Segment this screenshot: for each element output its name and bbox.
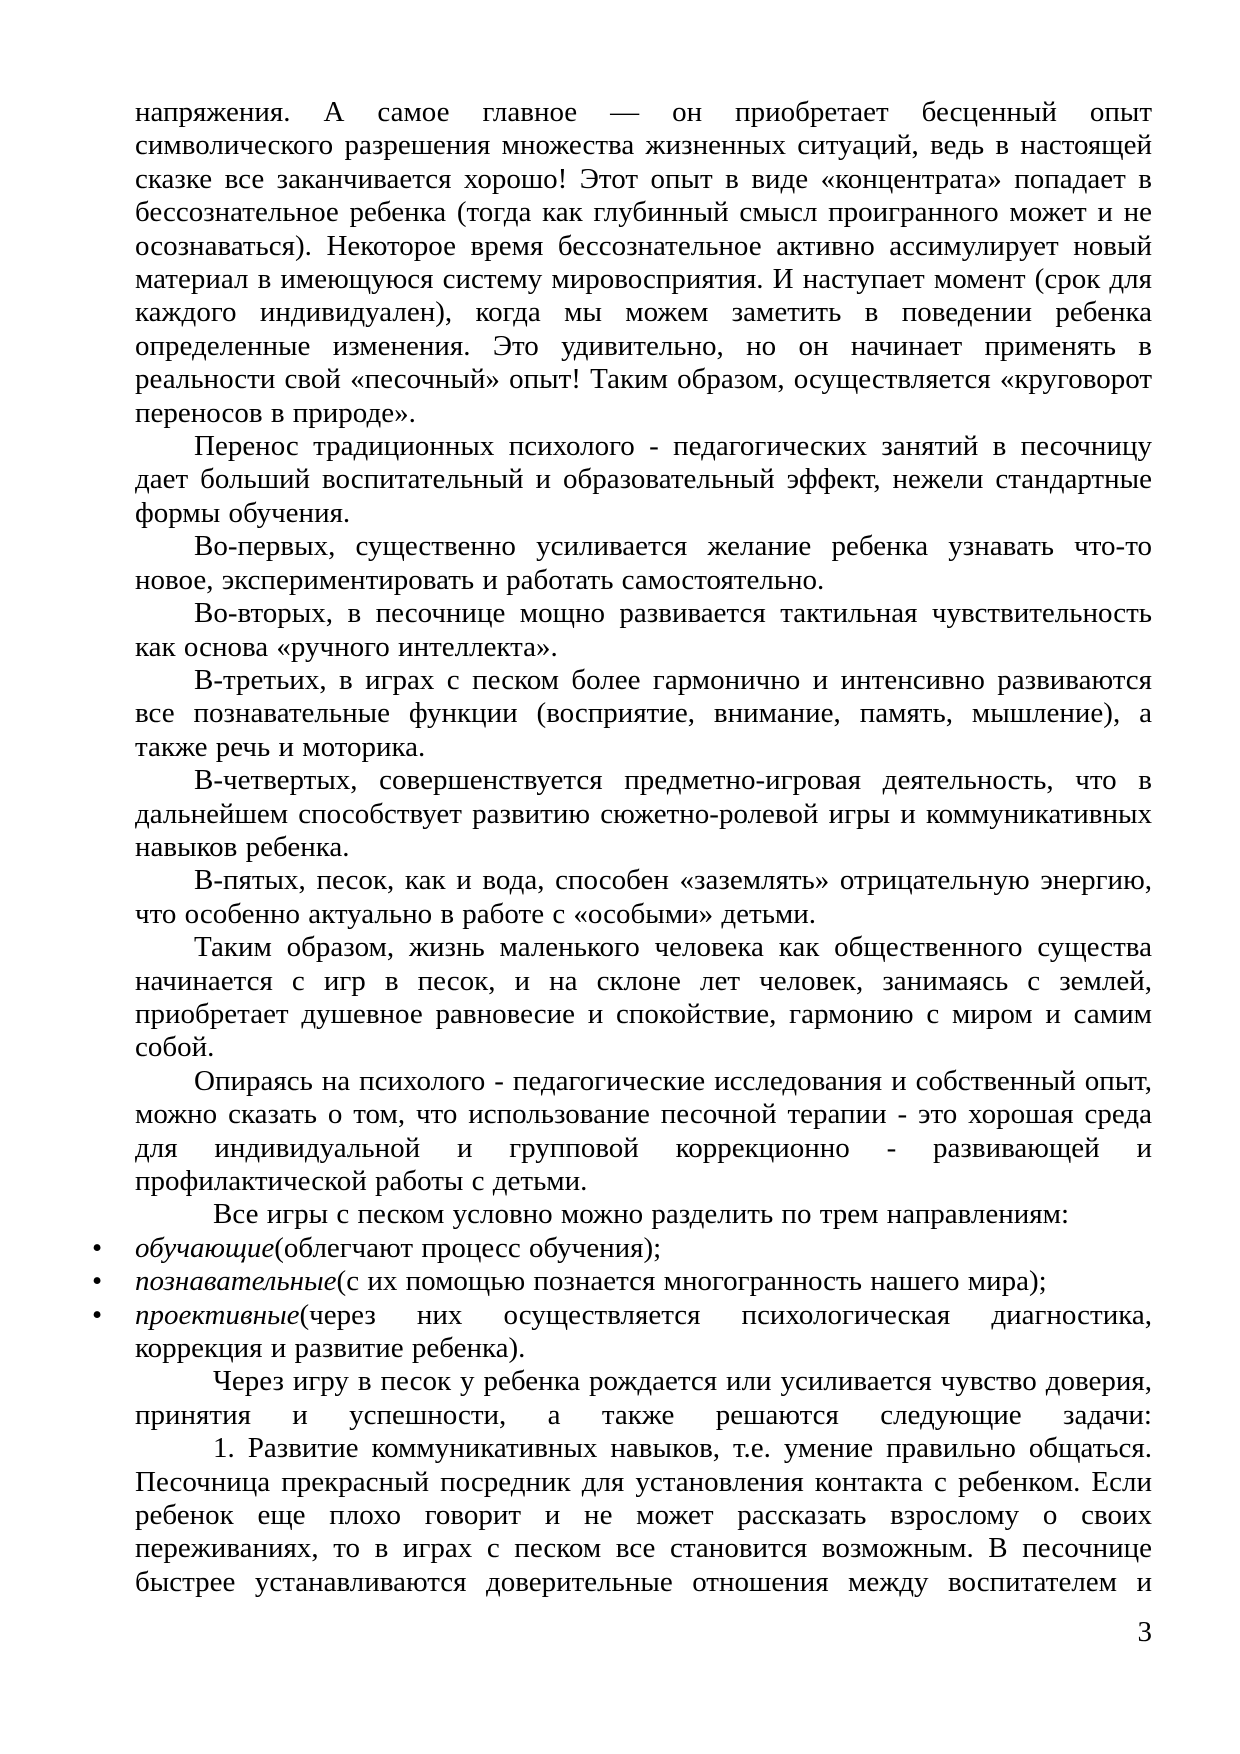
list-item: •обучающие(облегчают процесс обучения); xyxy=(135,1232,1152,1265)
bullet-description: (облегчают процесс обучения); xyxy=(274,1232,661,1264)
bullet-description: (с их помощью познается многогранность н… xyxy=(337,1265,1047,1297)
paragraph: В-пятых, песок, как и вода, способен «за… xyxy=(135,864,1152,931)
paragraph: 1. Развитие коммуникативных навыков, т.е… xyxy=(135,1432,1152,1599)
paragraph: напряжения. А самое главное — он приобре… xyxy=(135,96,1152,430)
paragraph: В-четвертых, совершенствуется предметно-… xyxy=(135,764,1152,864)
paragraph: Опираясь на психолого - педагогические и… xyxy=(135,1065,1152,1199)
bullet-term: проективные xyxy=(135,1299,299,1331)
bullet-icon: • xyxy=(92,1232,102,1265)
paragraph: В-третьих, в играх с песком более гармон… xyxy=(135,664,1152,764)
list-item: •проективные(через них осуществляется пс… xyxy=(135,1299,1152,1366)
paragraph: Во-вторых, в песочнице мощно развивается… xyxy=(135,597,1152,664)
bullet-term: познавательные xyxy=(135,1265,337,1297)
document-page: напряжения. А самое главное — он приобре… xyxy=(0,0,1240,1754)
paragraph: Во-первых, существенно усиливается желан… xyxy=(135,530,1152,597)
bullet-term: обучающие xyxy=(135,1232,274,1264)
page-body: напряжения. А самое главное — он приобре… xyxy=(135,96,1152,1599)
bullet-icon: • xyxy=(92,1265,102,1298)
bullet-icon: • xyxy=(92,1299,102,1332)
list-item: •познавательные(с их помощью познается м… xyxy=(135,1265,1152,1298)
paragraph: Перенос традиционных психолого - педагог… xyxy=(135,430,1152,530)
paragraph: Все игры с песком условно можно разделит… xyxy=(135,1198,1152,1231)
paragraph: Таким образом, жизнь маленького человека… xyxy=(135,931,1152,1065)
paragraph: Через игру в песок у ребенка рождается и… xyxy=(135,1365,1152,1432)
bullet-list: •обучающие(облегчают процесс обучения); … xyxy=(135,1232,1152,1366)
page-number: 3 xyxy=(1138,1616,1153,1649)
